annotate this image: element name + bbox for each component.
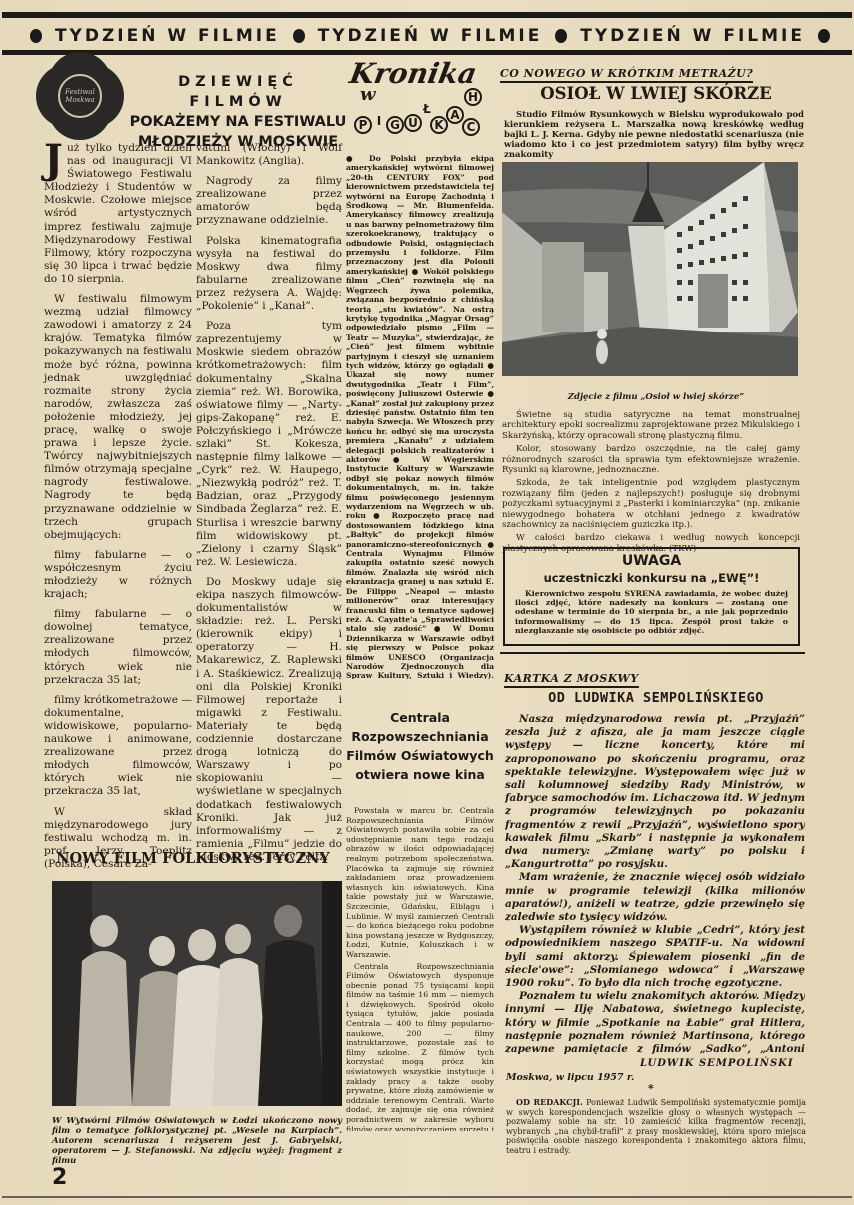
pill-letter: G — [386, 116, 404, 134]
paragraph: filmy fabularne — o dowolnej tematyce, z… — [44, 608, 192, 687]
kronika-text: ● Do Polski przybyła ekipa amerykańskiej… — [346, 154, 494, 679]
kronika-w-pigulkach-logo: Kronika w P I G U Ł K A C H — [350, 60, 490, 150]
paragraph: Do Moskwy udaje się ekipa naszych filmow… — [196, 576, 342, 864]
headline-line: POKAŻEMY NA FESTIWALU — [128, 112, 348, 132]
paragraph: Szkoda, że tak inteligentnie pod względe… — [502, 478, 800, 530]
headline-line: DZIEWIĘĆ FILMÓW — [128, 72, 348, 112]
pill-letter: K — [430, 116, 448, 134]
pill-letter: H — [464, 88, 482, 106]
newspaper-page: TYDZIEŃ W FILMIE TYDZIEŃ W FILMIE TYDZIE… — [0, 0, 854, 1205]
pill-letter: C — [462, 118, 480, 136]
paragraph: filmy fabularne — o współczesnym życiu m… — [44, 549, 192, 601]
banner-item: TYDZIEŃ W FILMIE — [580, 26, 805, 46]
notice-title: UWAGA — [505, 553, 798, 569]
editor-note-label: OD REDAKCJI. — [516, 1097, 583, 1107]
contest-notice-box: UWAGA uczestniczki konkursu na „EWĘ”! Ki… — [503, 547, 800, 646]
headline-line: otwiera nowe kina — [346, 765, 494, 784]
cartoon-still-photo — [502, 162, 798, 376]
section-tag: KARTKA Z MOSKWY — [504, 672, 639, 688]
festival-flower-logo-icon: Festiwal Moskwa — [44, 60, 116, 132]
separator-star: * — [648, 1082, 654, 1095]
pill-letter: A — [446, 106, 464, 124]
banner-bottom-rule — [2, 50, 852, 55]
paragraph: Nagrody za filmy zrealizowane przez amat… — [196, 175, 342, 227]
letter-signature: LUDWIK SEMPOLIŃSKI — [640, 1058, 794, 1069]
paragraph: Już tylko tydzień dzieli nas od inaugura… — [44, 142, 192, 286]
short-films-headline: OSIOŁ W LWIEJ SKÓRZE — [500, 84, 812, 103]
paragraph: Poza tym zaprezentujemy w Moskwie siedem… — [196, 320, 342, 569]
pill-letters: P I G U Ł K A C H — [350, 102, 490, 142]
moscow-section-tag: KARTKA Z MOSKWY — [504, 667, 639, 688]
paragraph: Centrala Rozpowszechniania Filmów Oświat… — [346, 962, 494, 1132]
folk-film-caption: W Wytwórni Filmów Oświatowych w Łodzi uk… — [52, 1115, 342, 1165]
short-films-section-tag: CO NOWEGO W KRÓTKIM METRAŻU? — [500, 62, 753, 83]
paragraph: vattini (Włochy) i Wolf Mankowitz (Angli… — [196, 142, 342, 168]
cartoon-photo-caption: Zdjęcie z filmu „Osioł w lwiej skórze” — [500, 392, 812, 402]
banner-item: TYDZIEŃ W FILMIE — [318, 26, 543, 46]
headline-text: OSIOŁ W LWIEJ SKÓRZE — [540, 84, 772, 103]
paragraph: Powstała w marcu br. Centrala Rozpowszec… — [346, 806, 494, 960]
pill-letter: P — [354, 116, 372, 134]
banner-item: TYDZIEŃ W FILMIE — [55, 26, 280, 46]
editor-note: OD REDAKCJI. Ponieważ Ludwik Sempoliński… — [506, 1098, 806, 1156]
pill-letter: I — [372, 114, 386, 132]
short-films-lead: Studio Filmów Rysunkowych w Bielsku wypr… — [504, 110, 804, 160]
headline-line: Rozpowszechniania — [346, 727, 494, 746]
paragraph: Świetne są studia satyryczne na temat mo… — [502, 410, 800, 441]
notice-subtitle: uczestniczki konkursu na „EWĘ”! — [505, 571, 798, 585]
festival-headline: DZIEWIĘĆ FILMÓW POKAŻEMY NA FESTIWALU MŁ… — [128, 72, 348, 152]
short-films-body: Świetne są studia satyryczne na temat mo… — [502, 410, 800, 554]
notice-body: Kierownictwo zespołu SYRENA zawiadamia, … — [515, 589, 788, 635]
pill-letter: Ł — [420, 102, 434, 120]
page-number: 2 — [52, 1165, 67, 1190]
centrala-headline: Centrala Rozpowszechniania Filmów Oświat… — [346, 708, 494, 784]
bullet-icon — [293, 29, 305, 43]
bullet-icon — [30, 29, 42, 43]
moscow-letter-body: Nasza międzynarodowa rewia pt. „Przyjaźń… — [505, 713, 805, 1055]
folk-film-photo — [52, 881, 342, 1106]
letter-dateline: Moskwa, w lipcu 1957 r. — [506, 1072, 634, 1083]
logo-text: Festiwal Moskwa — [58, 74, 102, 118]
festival-article-col1: Już tylko tydzień dzieli nas od inaugura… — [44, 142, 192, 878]
drop-cap: J — [44, 144, 63, 176]
paragraph: Polska kinematografia wysyła na festiwal… — [196, 235, 342, 314]
top-rule — [2, 12, 852, 18]
moscow-letter-headline: OD LUDWIKA SEMPOLIŃSKIEGO — [500, 690, 812, 706]
centrala-text: Powstała w marcu br. Centrala Rozpowszec… — [346, 806, 494, 1131]
headline-line: Centrala — [346, 708, 494, 727]
paragraph: Wystąpiłem również w klubie „Cedri”, któ… — [505, 924, 805, 990]
festival-article-col2: vattini (Włochy) i Wolf Mankowitz (Angli… — [196, 142, 342, 871]
paragraph: filmy krótkometrażowe — dokumentalne, wi… — [44, 694, 192, 799]
bullet-icon — [555, 29, 567, 43]
paragraph: Poznałem tu wielu znakomitych aktorów. M… — [505, 990, 805, 1055]
paragraph: W festiwalu filmowym wezmą udział filmow… — [44, 293, 192, 542]
paragraph: Mam wrażenie, że znacznie więcej osób wi… — [505, 871, 805, 924]
paragraph: Kolor, stosowany bardzo oszczędnie, na t… — [502, 444, 800, 475]
headline-line: Filmów Oświatowych — [346, 746, 494, 765]
bottom-rule — [2, 1196, 852, 1198]
cartoon-street-illustration — [502, 162, 798, 376]
paragraph-text: uż tylko tydzień dzieli nas od inaugurac… — [44, 142, 192, 285]
bullet-icon — [818, 29, 830, 43]
section-tag: CO NOWEGO W KRÓTKIM METRAŻU? — [500, 67, 753, 83]
section-banner: TYDZIEŃ W FILMIE TYDZIEŃ W FILMIE TYDZIE… — [30, 24, 830, 48]
logo-word: Kronika — [348, 60, 493, 88]
notice-bottom-rule — [500, 652, 805, 654]
paragraph: Nasza międzynarodowa rewia pt. „Przyjaźń… — [505, 713, 805, 871]
photo-figures-illustration — [52, 881, 342, 1106]
folk-film-headline: NOWY FILM FOLKLORYSTYCZNY — [44, 850, 342, 867]
